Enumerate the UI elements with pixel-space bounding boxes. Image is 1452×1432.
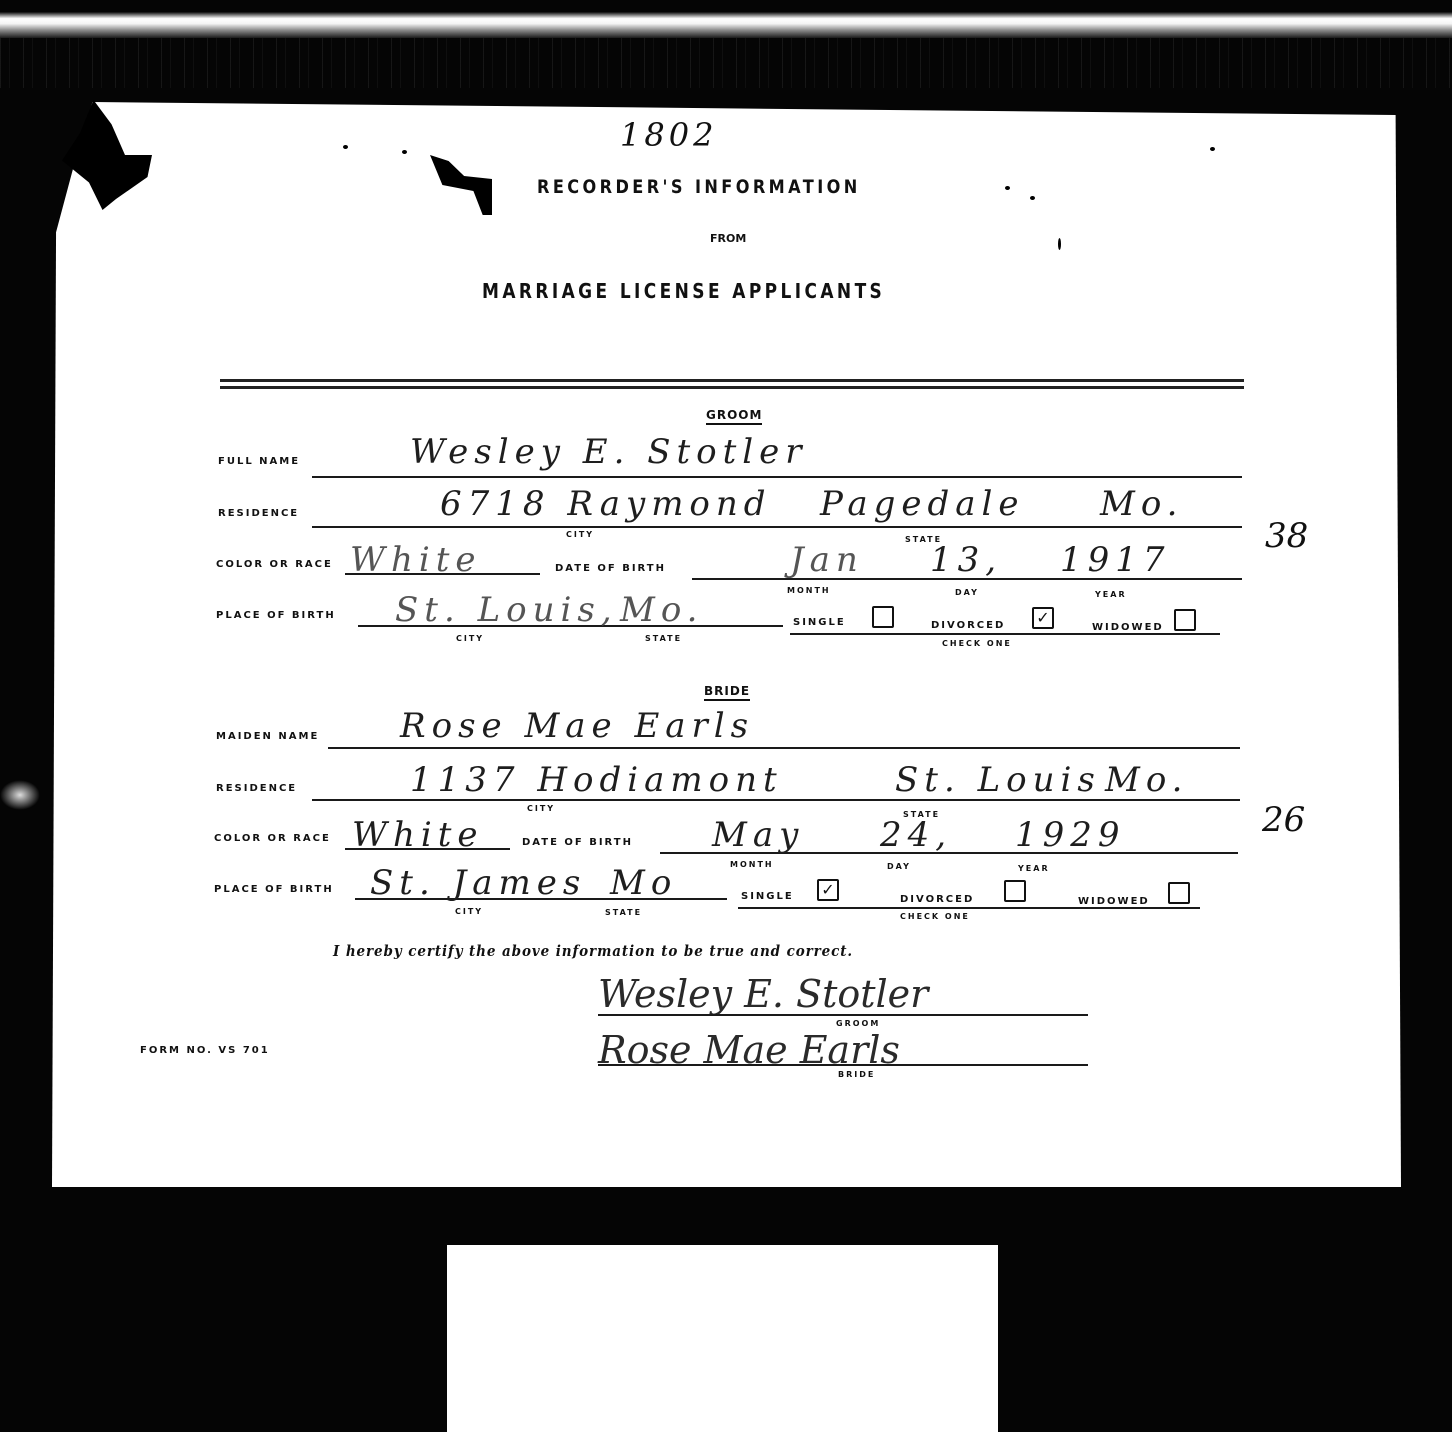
day-caption: DAY xyxy=(955,588,979,597)
groom-divorced-checkbox[interactable]: ✓ xyxy=(1032,607,1054,629)
residence-line xyxy=(312,526,1242,528)
divorced-label: DIVORCED xyxy=(900,894,974,905)
film-artifact xyxy=(0,780,40,810)
full-name-label: FULL NAME xyxy=(218,456,300,467)
single-label: SINGLE xyxy=(741,891,794,902)
bride-section-title: BRIDE xyxy=(704,684,750,701)
residence-label: RESIDENCE xyxy=(218,508,299,519)
groom-birth-city: St. Louis, xyxy=(395,590,618,630)
check-one-caption: CHECK ONE xyxy=(942,639,1012,648)
groom-residence-street: 6718 Raymond xyxy=(440,484,772,524)
marital-line xyxy=(790,633,1220,635)
bride-color-race: White xyxy=(352,815,484,855)
dob-label: DATE OF BIRTH xyxy=(522,837,633,848)
place-of-birth-label: PLACE OF BIRTH xyxy=(216,610,336,621)
state-caption: STATE xyxy=(605,908,642,917)
groom-signature: Wesley E. Stotler xyxy=(598,972,928,1016)
bride-birth-city: St. James xyxy=(370,863,586,903)
groom-widowed-checkbox[interactable] xyxy=(1174,609,1196,631)
bride-widowed-checkbox[interactable] xyxy=(1168,882,1190,904)
bride-dob-day: 24, xyxy=(880,815,952,855)
bride-maiden-name: Rose Mae Earls xyxy=(400,706,754,746)
speck xyxy=(1210,147,1215,151)
city-caption: CITY xyxy=(566,530,594,539)
blank-card xyxy=(447,1245,998,1432)
single-label: SINGLE xyxy=(793,617,846,628)
day-caption: DAY xyxy=(887,862,911,871)
speck xyxy=(1058,238,1061,250)
groom-signature-line xyxy=(598,1014,1088,1016)
maiden-name-label: MAIDEN NAME xyxy=(216,731,319,742)
speck xyxy=(402,150,407,154)
check-one-caption: CHECK ONE xyxy=(900,912,970,921)
residence-label: RESIDENCE xyxy=(216,783,297,794)
groom-residence-state: Mo. xyxy=(1100,484,1184,524)
bride-residence-street: 1137 Hodiamont xyxy=(410,760,783,800)
form-title: RECORDER'S INFORMATION xyxy=(537,176,861,198)
city-caption: CITY xyxy=(456,634,484,643)
bride-signature-line xyxy=(598,1064,1088,1066)
dob-label: DATE OF BIRTH xyxy=(555,563,666,574)
record-number: 1802 xyxy=(620,116,717,154)
form-subtitle: MARRIAGE LICENSE APPLICANTS xyxy=(482,279,885,303)
bride-divorced-checkbox[interactable] xyxy=(1004,880,1026,902)
color-race-label: COLOR OR RACE xyxy=(216,559,333,570)
bride-single-checkbox[interactable]: ✓ xyxy=(817,879,839,901)
marital-line xyxy=(738,907,1200,909)
bride-residence-state: Mo. xyxy=(1105,760,1189,800)
certification-statement: I hereby certify the above information t… xyxy=(333,942,853,960)
groom-signature-caption: GROOM xyxy=(836,1019,880,1028)
header-divider xyxy=(220,379,1244,389)
city-caption: CITY xyxy=(527,804,555,813)
film-noise xyxy=(0,38,1452,88)
bride-dob-year: 1929 xyxy=(1015,815,1126,855)
form-title-from: FROM xyxy=(710,232,746,245)
widowed-label: WIDOWED xyxy=(1078,896,1150,907)
widowed-label: WIDOWED xyxy=(1092,622,1164,633)
city-caption: CITY xyxy=(455,907,483,916)
bride-birth-state: Mo xyxy=(610,863,677,903)
groom-age-annotation: 38 xyxy=(1265,516,1308,556)
form-number: FORM NO. VS 701 xyxy=(140,1045,270,1056)
groom-birth-state: Mo. xyxy=(620,590,704,630)
month-caption: MONTH xyxy=(787,586,831,595)
place-of-birth-label: PLACE OF BIRTH xyxy=(214,884,334,895)
color-race-label: COLOR OR RACE xyxy=(214,833,331,844)
bride-age-annotation: 26 xyxy=(1262,800,1305,840)
groom-color-race: White xyxy=(350,540,482,580)
groom-dob-day: 13, xyxy=(930,540,1002,580)
divorced-label: DIVORCED xyxy=(931,620,1005,631)
maiden-name-line xyxy=(328,747,1240,749)
form-sheet xyxy=(52,102,1401,1187)
film-edge-band xyxy=(0,12,1452,38)
year-caption: YEAR xyxy=(1018,864,1050,873)
groom-dob-year: 1917 xyxy=(1060,540,1171,580)
groom-residence-city: Pagedale xyxy=(820,484,1025,524)
speck xyxy=(1005,186,1010,190)
state-caption: STATE xyxy=(645,634,682,643)
groom-single-checkbox[interactable] xyxy=(872,606,894,628)
bride-dob-month: May xyxy=(712,815,804,855)
groom-dob-month: Jan xyxy=(790,540,864,580)
year-caption: YEAR xyxy=(1095,590,1127,599)
full-name-line xyxy=(312,476,1242,478)
groom-full-name: Wesley E. Stotler xyxy=(410,432,808,472)
month-caption: MONTH xyxy=(730,860,774,869)
bride-signature-caption: BRIDE xyxy=(838,1070,875,1079)
groom-section-title: GROOM xyxy=(706,408,762,425)
speck xyxy=(343,145,348,149)
speck xyxy=(1030,196,1035,200)
bride-residence-city: St. Louis xyxy=(895,760,1101,800)
